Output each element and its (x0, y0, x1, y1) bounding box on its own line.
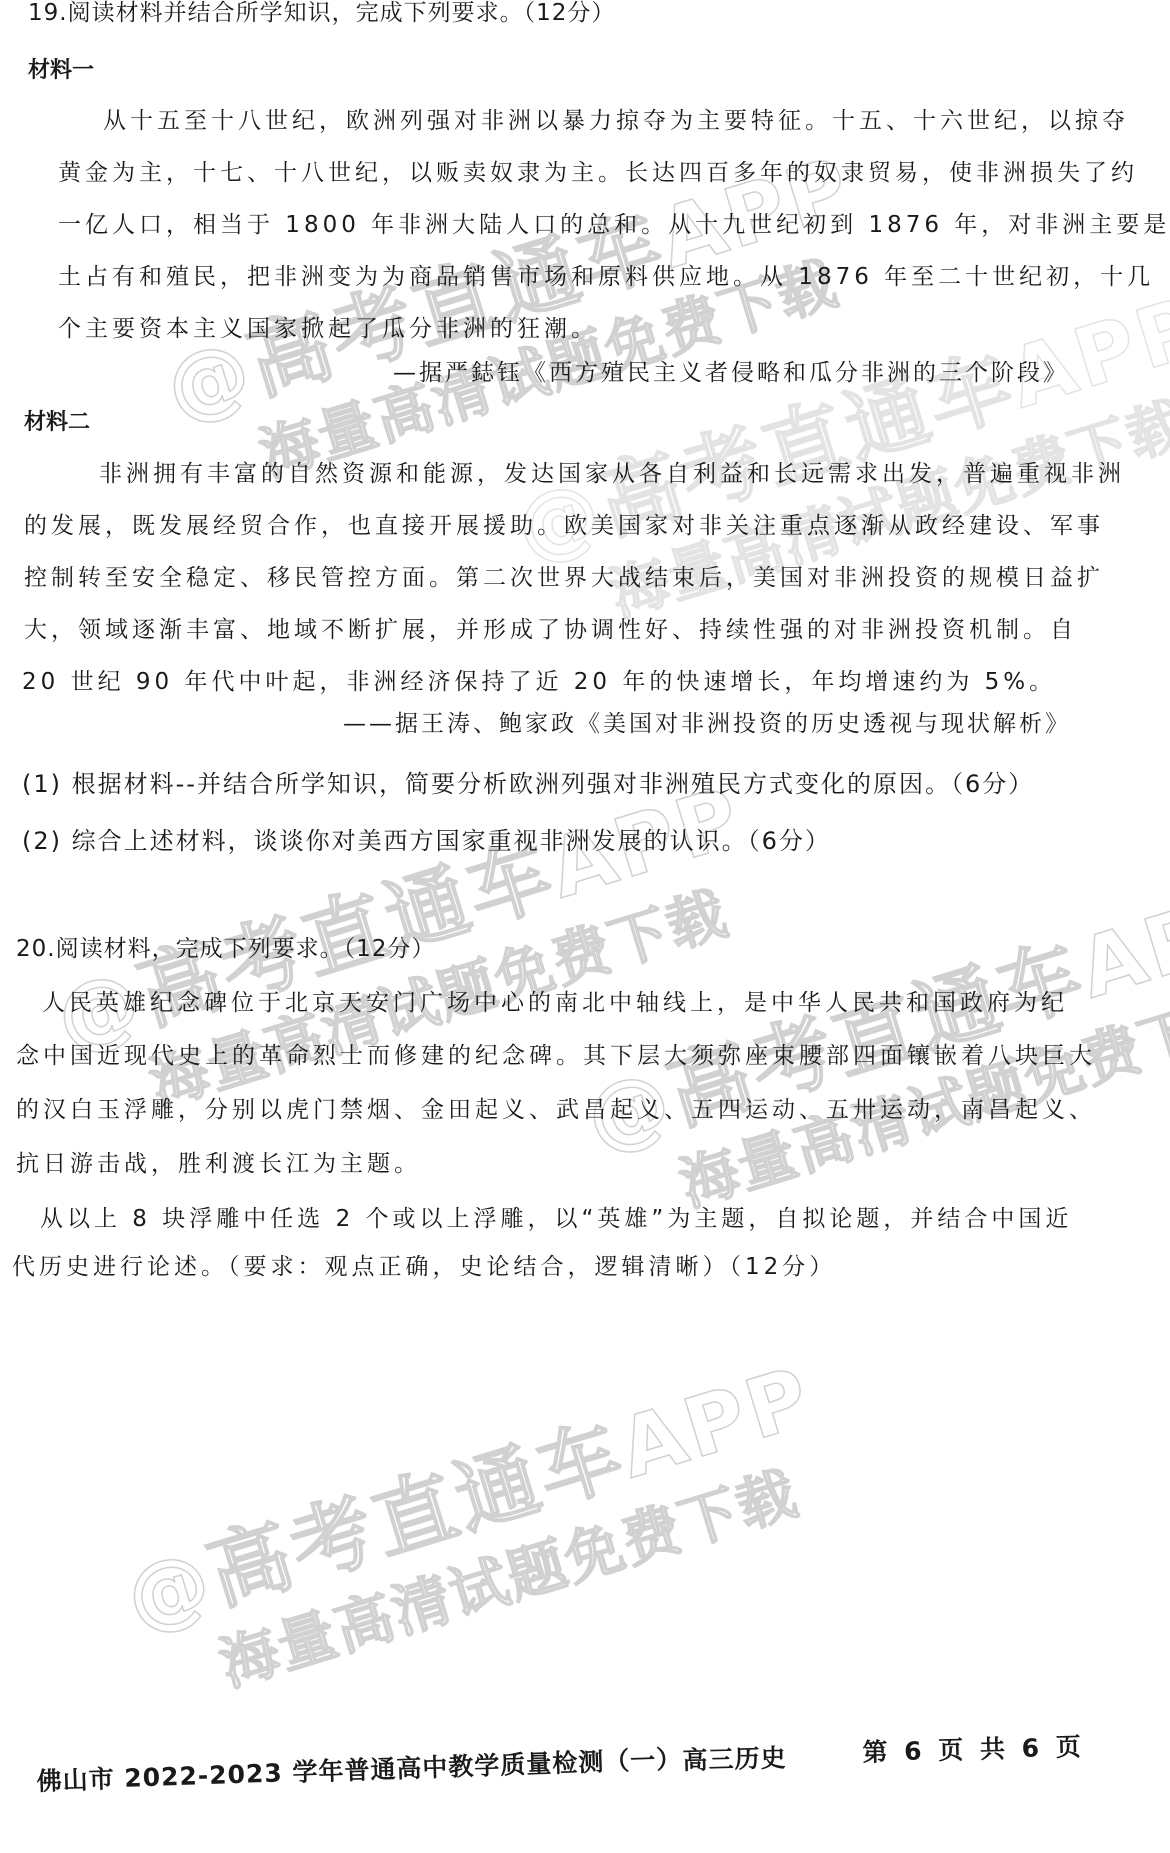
material-2-line: 的发展，既发展经贸合作，也直接开展援助。欧美国家对非关注重点逐渐从政经建设、军事 (24, 515, 1104, 538)
question-20-line: 代历史进行论述。（要求：观点正确，史论结合，逻辑清晰）（12分） (12, 1256, 836, 1279)
material-2-line: 大，领域逐渐丰富、地域不断扩展，并形成了协调性好、持续性强的对非洲投资机制。自 (24, 619, 1077, 642)
question-20-line: 的汉白玉浮雕，分别以虎门禁烟、金田起义、武昌起义、五四运动、五卅运动，南昌起义、 (16, 1099, 1096, 1122)
material-2-line: 非洲拥有丰富的自然资源和能源，发达国家从各自利益和长远需求出发，普遍重视非洲 (99, 463, 1125, 486)
watermark: @高考直通车APP 海量高清试题免费下载 (500, 262, 1170, 653)
material-1-line: 一亿人口，相当于 1800 年非洲大陆人口的总和。从十九世纪初到 1876 年，… (58, 214, 1170, 237)
material-1-line: 个主要资本主义国家掀起了瓜分非洲的狂潮。 (58, 318, 598, 341)
material-1-line: 土占有和殖民，把非洲变为为商品销售市场和原料供应地。从 1876 年至二十世纪初… (58, 266, 1154, 289)
watermark-line2: 海量高清试题免费下载 (598, 364, 1170, 632)
watermark-line1: @高考直通车APP (110, 1332, 825, 1652)
material-1-label: 材料一 (28, 60, 94, 82)
question-20-line: 念中国近现代史上的革命烈士而修建的纪念碑。其下层大须弥座束腰部四面镶嵌着八块巨大 (16, 1045, 1096, 1068)
watermark-line2: 海量高清试题免费下载 (208, 1434, 846, 1702)
question-20-line: 抗日游击战，胜利渡长江为主题。 (16, 1153, 421, 1176)
question-20-line: 从以上 8 块浮雕中任选 2 个或以上浮雕，以“英雄”为主题，自拟论题，并结合中… (40, 1208, 1072, 1231)
footer-page-number: 第 6 页 共 6 页 (862, 1727, 1085, 1769)
question-20-line: 人民英雄纪念碑位于北京天安门广场中心的南北中轴线上，是中华人民共和国政府为纪 (42, 992, 1068, 1015)
question-19-title: 19.阅读材料并结合所学知识，完成下列要求。（12分） (28, 2, 615, 25)
material-2-label: 材料二 (24, 412, 90, 434)
material-2-line: 20 世纪 90 年代中叶起，非洲经济保持了近 20 年的快速增长，年均增速约为… (22, 671, 1056, 694)
watermark-line1: @高考直通车APP (40, 752, 755, 1072)
footer-subject: 高三历史 (682, 1738, 787, 1777)
material-1-line: 从十五至十八世纪，欧洲列强对非洲以暴力掠夺为主要特征。十五、十六世纪，以掠夺 (103, 110, 1129, 133)
subquestion-1: (1) 根据材料--并结合所学知识，简要分析欧洲列强对非洲殖民方式变化的原因。（… (22, 772, 1034, 796)
watermark-line2: 海量高清试题免费下载 (138, 854, 776, 1122)
material-1-source: —据严鋕钰《西方殖民主义者侵略和瓜分非洲的三个阶段》 (393, 362, 1069, 385)
exam-page: @高考直通车APP 海量高清试题免费下载 @高考直通车APP 海量高清试题免费下… (0, 0, 1170, 1853)
material-2-source: ——据王涛、鲍家政《美国对非洲投资的历史透视与现状解析》 (343, 713, 1071, 736)
watermark: @高考直通车APP 海量高清试题免费下载 (110, 1332, 846, 1723)
footer-exam-name: 佛山市 2022-2023 学年普通高中教学质量检测（一） (36, 1739, 683, 1798)
subquestion-2: (2) 综合上述材料，谈谈你对美西方国家重视非洲发展的认识。（6分） (22, 829, 831, 853)
material-2-line: 控制转至安全稳定、移民管控方面。第二次世界大战结束后，美国对非洲投资的规模日益扩 (24, 567, 1104, 590)
question-20-title: 20.阅读材料，完成下列要求。（12分） (16, 938, 435, 961)
material-1-line: 黄金为主，十七、十八世纪，以贩卖奴隶为主。长达四百多年的奴隶贸易，使非洲损失了约 (58, 162, 1138, 185)
